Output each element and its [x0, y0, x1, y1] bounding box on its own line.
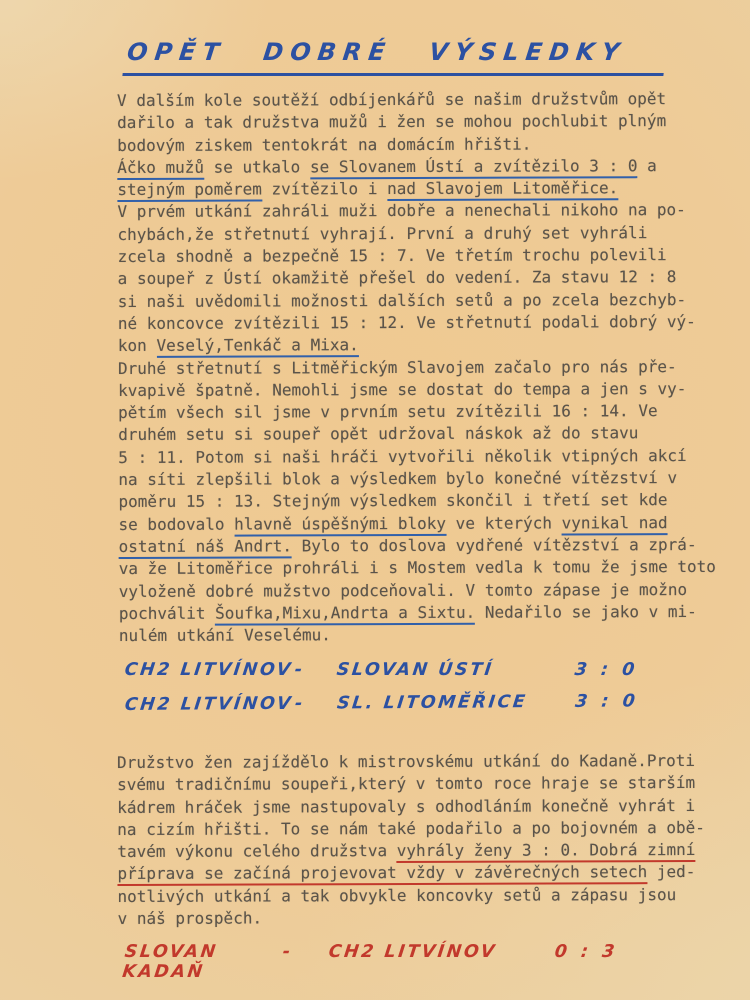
text-segment: na cizím hřišti. To se nám také podařilo… [117, 818, 705, 839]
typed-line: druhém setu si soupeř opět udržoval násk… [118, 422, 708, 446]
text-segment: dařilo a tak družstva mužů i žen se moho… [117, 111, 666, 132]
typed-line: stejným poměrem zvítězilo i nad Slavojem… [117, 177, 707, 201]
text-segment: kvapivě špatně. Nemohli jsme se dostat d… [118, 379, 686, 400]
text-segment: poměru 15 : 13. Stejným výsledkem skonči… [118, 490, 667, 511]
text-segment: v náš prospěch. [118, 909, 263, 929]
typed-line: chybách,že střetnutí vyhrají. První a dr… [117, 222, 707, 246]
text-segment: svému tradičnímu soupeři,který v tomto r… [117, 773, 695, 794]
typed-line: nulém utkání Veselému. [119, 623, 709, 647]
text-segment: na síti zlepšili blok a výsledkem bylo k… [118, 468, 677, 489]
text-segment: kádrem hráček jsme nastupovaly s odhodlá… [117, 796, 695, 817]
text-segment: zvítězilo i [262, 179, 387, 198]
typed-line: bodovým ziskem tentokrát na domácím hřiš… [117, 133, 707, 157]
result-separator: - [294, 694, 338, 714]
typed-line: vyloženě dobré mužstvo podceňovali. V to… [119, 578, 709, 602]
typed-line: tavém výkonu celého družstva vyhrály žen… [117, 839, 707, 863]
text-segment: V dalším kole soutěží odbíjenkářů se naš… [117, 89, 666, 110]
typed-line: se bodovalo hlavně úspěšnými bloky ve kt… [118, 512, 708, 536]
text-segment: Druhé střetnutí s Litměřickým Slavojem z… [118, 357, 677, 378]
result-home-team: SLOVAN KADAŇ [121, 942, 284, 982]
blue-underlined-text: nad Slavojem Litoměřice. [387, 178, 618, 201]
red-underlined-text: vyhrály ženy 3 : 0. Dobrá zimní [397, 840, 696, 863]
result-home-team: CH2 LITVÍNOV [124, 660, 296, 680]
result-score: 3 : 0 [574, 660, 646, 680]
typed-line: kádrem hráček jsme nastupovaly s odhodlá… [117, 795, 707, 819]
blue-underlined-text: stejným poměrem [117, 180, 262, 203]
text-segment: tavém výkonu celého družstva [117, 841, 396, 861]
blue-underlined-text: Veselý,Tenkáč a Mixa. [156, 335, 358, 358]
typed-line: kon Veselý,Tenkáč a Mixa. [118, 333, 708, 357]
typed-line: dařilo a tak družstva mužů i žen se moho… [117, 110, 707, 134]
typed-line: svému tradičnímu soupeři,který v tomto r… [117, 772, 707, 796]
typed-line: pětím všech sil jsme v prvním setu zvítě… [118, 400, 708, 424]
blue-underlined-text: ostatní náš Andrt. [119, 536, 292, 559]
page-title: OPĚT DOBRÉ VÝSLEDKY [122, 38, 667, 76]
typed-line: příprava se začíná projevovat vždy v záv… [117, 861, 707, 885]
text-segment: a soupeř z Ústí okamžitě přešel do veden… [118, 267, 677, 288]
typed-line: V prvém utkání zahráli muži dobře a nene… [117, 199, 707, 223]
typed-line: Družstvo žen zajíždělo k mistrovskému ut… [117, 750, 707, 774]
typed-line: 5 : 11. Potom si naši hráči vytvořili ně… [118, 445, 708, 469]
typed-line: Druhé střetnutí s Litměřickým Slavojem z… [118, 356, 708, 380]
typed-line: na cizím hřišti. To se nám také podařilo… [117, 817, 707, 841]
result-home-team: CH2 LITVÍNOV [124, 694, 296, 715]
result-separator: - [294, 660, 338, 680]
text-segment: 5 : 11. Potom si naši hráči vytvořili ně… [118, 446, 686, 467]
text-segment: a [637, 156, 656, 175]
text-segment: Nedařilo se jako v mi- [475, 602, 697, 622]
handwritten-result-men-2: CH2 LITVÍNOV - SL. LITOMĚŘICE 3 : 0 [124, 691, 647, 715]
blue-underlined-text: Šoufka,Mixu,Andrta a Sixtu. [215, 603, 475, 626]
text-segment: vyloženě dobré mužstvo podceňovali. V to… [119, 580, 687, 601]
text-segment: chybách,že střetnutí vyhrají. První a dr… [117, 223, 647, 244]
text-segment: jed- [647, 862, 695, 881]
typed-line: kvapivě špatně. Nemohli jsme se dostat d… [118, 378, 708, 402]
text-segment: bodovým ziskem tentokrát na domácím hřiš… [117, 134, 531, 154]
text-segment: nulém utkání Veselému. [119, 625, 331, 645]
red-underlined-text: příprava se začíná projevovat vždy v záv… [117, 863, 647, 887]
text-segment: notlivých utkání a tak obvykle koncovky … [117, 885, 676, 906]
result-away-team: SL. LITOMĚŘICE [336, 692, 577, 714]
text-segment: va že Litoměřice prohráli i s Mostem ved… [119, 557, 716, 578]
text-segment: zcela shodně a bezpečně 15 : 7. Ve třetí… [118, 245, 667, 266]
text-segment: Družstvo žen zajíždělo k mistrovskému ut… [117, 751, 695, 772]
text-segment: kon [118, 336, 157, 355]
handwritten-result-men-1: CH2 LITVÍNOV - SLOVAN ÚSTÍ 3 : 0 [124, 660, 646, 680]
result-away-team: CH2 LITVÍNOV [325, 942, 556, 982]
text-segment: né koncovce zvítězili 15 : 12. Ve střetn… [118, 312, 696, 333]
text-segment: V prvém utkání zahráli muži dobře a nene… [117, 200, 685, 221]
text-segment: se bodovalo [118, 514, 234, 533]
scanned-document-page: OPĚT DOBRÉ VÝSLEDKY V dalším kole soutěž… [0, 0, 750, 1000]
blue-underlined-text: se Slovanem Ústí a zvítězilo 3 : 0 [310, 156, 638, 179]
result-away-team: SLOVAN ÚSTÍ [336, 660, 576, 680]
handwritten-result-women: SLOVAN KADAŇ - CH2 LITVÍNOV 0 : 3 [121, 942, 646, 982]
typed-line: pochválit Šoufka,Mixu,Andrta a Sixtu. Ne… [119, 601, 709, 625]
result-score: 3 : 0 [574, 691, 646, 711]
result-separator: - [279, 942, 330, 982]
typed-line: notlivých utkání a tak obvykle koncovky … [117, 884, 707, 908]
text-segment: ve kterých [446, 513, 562, 532]
typed-line: a soupeř z Ústí okamžitě přešel do veden… [118, 266, 708, 290]
typed-line: ostatní náš Andrt. Bylo to doslova vydře… [119, 534, 709, 558]
typed-line: né koncovce zvítězili 15 : 12. Ve střetn… [118, 311, 708, 335]
text-segment: druhém setu si soupeř opět udržoval násk… [118, 424, 638, 445]
text-segment: si naši uvědomili možnosti dalších setů … [118, 290, 686, 311]
text-segment: Bylo to doslova vydřené vítězství a zprá… [292, 535, 697, 555]
typed-line: va že Litoměřice prohráli i s Mostem ved… [119, 556, 709, 580]
result-score: 0 : 3 [551, 942, 646, 982]
typed-line: zcela shodně a bezpečně 15 : 7. Ve třetí… [118, 244, 708, 268]
blue-underlined-text: vynikal nad [562, 513, 668, 535]
typed-line: na síti zlepšili blok a výsledkem bylo k… [118, 467, 708, 491]
text-segment: pětím všech sil jsme v prvním setu zvítě… [118, 401, 658, 422]
text-segment: se utkalo [204, 157, 310, 176]
typed-paragraphs-men: V dalším kole soutěží odbíjenkářů se naš… [117, 88, 709, 647]
blue-underlined-text: Áčko mužů [117, 158, 204, 180]
typed-line: si naši uvědomili možnosti dalších setů … [118, 289, 708, 313]
typed-line: poměru 15 : 13. Stejným výsledkem skonči… [118, 489, 708, 513]
blue-underlined-text: hlavně úspěšnými bloky [234, 513, 446, 536]
typed-line: V dalším kole soutěží odbíjenkářů se naš… [117, 88, 707, 112]
text-segment: pochválit [119, 603, 215, 622]
typed-line: v náš prospěch. [118, 906, 708, 930]
typed-paragraph-women: Družstvo žen zajíždělo k mistrovskému ut… [117, 750, 708, 930]
typed-line: Áčko mužů se utkalo se Slovanem Ústí a z… [117, 155, 707, 179]
